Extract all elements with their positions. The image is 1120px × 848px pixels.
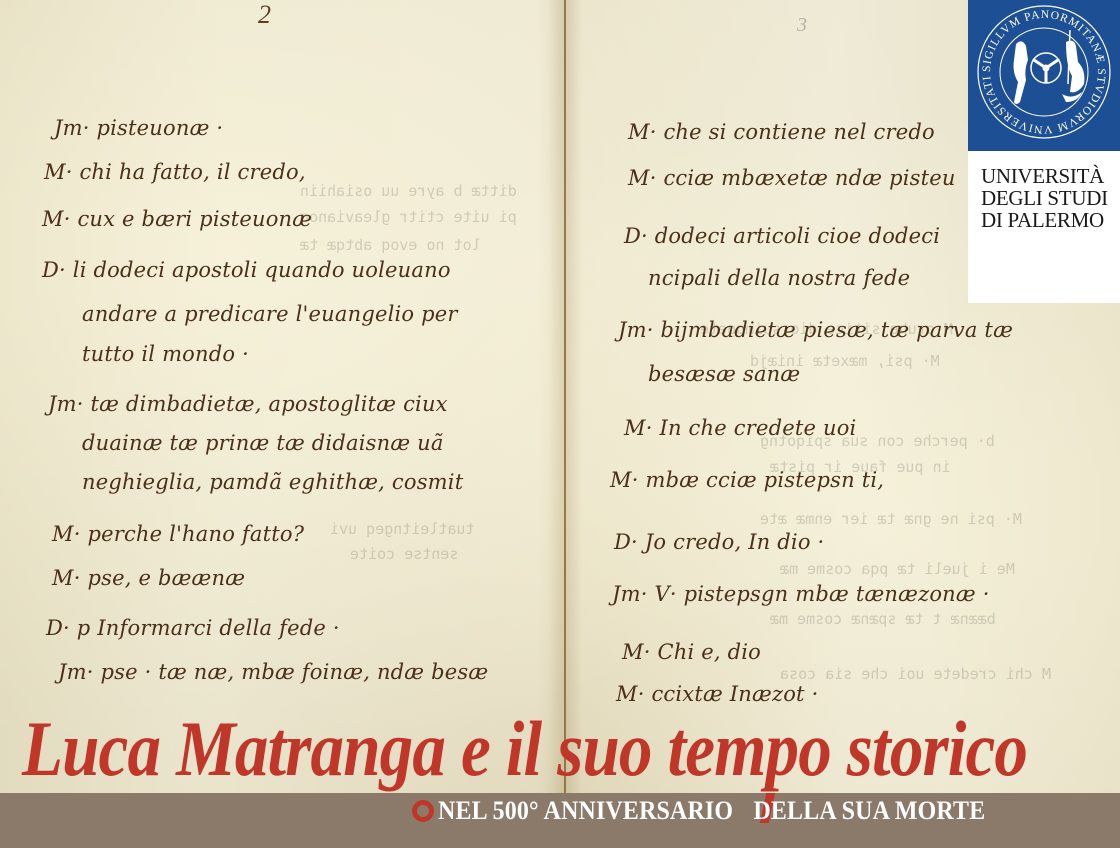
manuscript-line: M· chi ha fatto, il credo,: [44, 160, 306, 184]
manuscript-line: M· cciæ mbæxetæ ndæ pisteu: [628, 166, 956, 190]
manuscript-line: M· Chi e, dio: [622, 640, 761, 664]
manuscript-line: neghieglia, pamdã eghithæ, cosmit: [82, 470, 463, 494]
manuscript-line: Jm· tæ dimbadietæ, apostoglitæ ciux: [48, 392, 448, 416]
manuscript-line: D· li dodeci apostoli quando uoleuano: [42, 258, 451, 282]
manuscript-line: andare a predicare l'euangelio per: [82, 302, 458, 326]
manuscript-line: M· perche l'hano fatto?: [52, 522, 304, 546]
subtitle-part-2: DELLA SUA MORTE: [753, 796, 985, 825]
manuscript-line: M· ccixtæ Inæzot ·: [616, 682, 818, 706]
manuscript-line: D· dodeci articoli cioe dodeci: [624, 224, 940, 248]
bleed-through-text: bæænæ t tæ spænæ cosme mæ: [770, 610, 996, 628]
folio-number-right: 3: [797, 14, 807, 37]
manuscript-line: M· mbæ cciæ pistepsn ti,: [610, 468, 884, 492]
manuscript-line: M· pse, e bæænæ: [52, 566, 245, 590]
bleed-through-text: Me i jueli tæ pqa cosme mæ: [780, 560, 1015, 578]
banner-subtitle: NEL 500° ANNIVERSARIODELLA SUA MORTE: [438, 796, 985, 826]
university-name-line: UNIVERSITÀ: [981, 165, 1108, 187]
manuscript-line: D· p Informarci della fede ·: [46, 616, 340, 640]
manuscript-line: ncipali della nostra fede: [648, 266, 910, 290]
manuscript-line: M· che si contiene nel credo: [628, 120, 935, 144]
manuscript-line: besæsæ sanæ: [648, 362, 800, 386]
logo-seal-background: SIGILLVM PANORMITANÆ STVDIORVM VNIVERSIT…: [968, 0, 1120, 151]
bleed-through-text: M· psi ne gnæ tæ ier enmæ æte: [760, 510, 1022, 528]
manuscript-line: Jm· pse · tæ næ, mbæ foinæ, ndæ besæ: [58, 660, 488, 684]
bleed-through-text: dittæ b ayre uu osiahiin: [300, 182, 517, 200]
manuscript-line: Jm· pisteuonæ ·: [54, 116, 223, 140]
bleed-through-text: sentse coite: [350, 545, 458, 563]
bleed-through-text: pi uite ctitr gleavianoq: [300, 208, 517, 226]
university-seal-icon: SIGILLVM PANORMITANÆ STVDIORVM VNIVERSIT…: [974, 2, 1114, 142]
folio-number-left: 2: [258, 0, 271, 30]
subtitle-part-1: NEL 500° ANNIVERSARIO: [438, 796, 733, 825]
manuscript-line: Jm· bijmbadietæ piesæ, tæ parva tæ: [618, 318, 1013, 342]
university-logo: SIGILLVM PANORMITANÆ STVDIORVM VNIVERSIT…: [968, 0, 1120, 303]
title-descender-g: [412, 800, 434, 822]
manuscript-line: duainæ tæ prinæ tæ didaisnæ uã: [82, 431, 444, 455]
bleed-through-text: M chi credete uoi che sia cosa: [780, 665, 1051, 683]
bleed-through-text: tuatleitngeq uvi: [330, 520, 475, 538]
university-name: UNIVERSITÀ DEGLI STUDI DI PALERMO: [981, 165, 1108, 231]
university-name-line: DEGLI STUDI: [981, 187, 1108, 209]
manuscript-line: tutto il mondo ·: [82, 342, 249, 366]
university-name-line: DI PALERMO: [981, 209, 1108, 231]
bleed-through-text: lot no evoq abtqæ tæ: [300, 236, 481, 254]
manuscript-line: Jm· V· pistepsgn mbæ tænæzonæ ·: [612, 582, 990, 606]
manuscript-line: M· In che credete uoi: [624, 416, 856, 440]
manuscript-line: M· cux e bæri pisteuonæ: [42, 207, 312, 231]
banner-title: Luca Matranga e il suo tempo storico: [22, 704, 1027, 794]
manuscript-line: D· Jo credo, In dio ·: [614, 530, 824, 554]
